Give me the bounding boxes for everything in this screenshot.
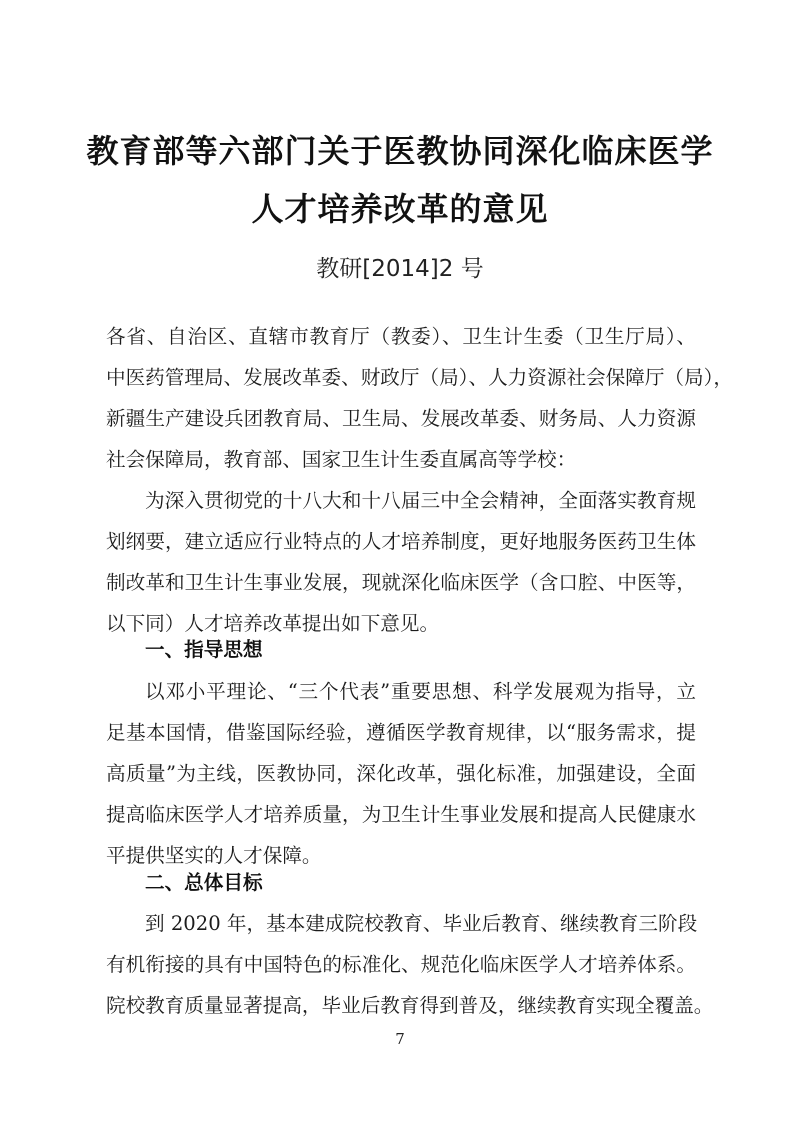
- section-heading-guiding-ideology: 一、指导思想: [145, 636, 263, 664]
- intro-line: 为深入贯彻党的十八大和十八届三中全会精神，全面落实教育规: [145, 487, 696, 515]
- addressee-line: 中医药管理局、发展改革委、财政厅（局）、人力资源社会保障厅（局），: [106, 364, 696, 392]
- section-2-line: 院校教育质量显著提高，毕业后教育得到普及，继续教育实现全覆盖。: [106, 992, 696, 1020]
- document-title-line-1: 教育部等六部门关于医教协同深化临床医学: [0, 126, 800, 172]
- section-1-line: 提高临床医学人才培养质量，为卫生计生事业发展和提高人民健康水: [106, 801, 696, 829]
- section-2-line: 有机衔接的具有中国特色的标准化、规范化临床医学人才培养体系。: [106, 951, 696, 979]
- section-1-line: 高质量”为主线，医教协同，深化改革，强化标准，加强建设，全面: [106, 760, 696, 788]
- intro-line: 制改革和卫生计生事业发展，现就深化临床医学（含口腔、中医等，: [106, 569, 696, 597]
- intro-line: 以下同）人才培养改革提出如下意见。: [106, 610, 696, 638]
- section-heading-overall-goals: 二、总体目标: [145, 869, 263, 897]
- page-number: 7: [0, 1030, 800, 1048]
- section-1-line: 以邓小平理论、“三个代表”重要思想、科学发展观为指导，立: [145, 678, 696, 706]
- section-1-line: 平提供坚实的人才保障。: [106, 842, 696, 870]
- section-1-line: 足基本国情，借鉴国际经验，遵循医学教育规律，以“服务需求，提: [106, 719, 696, 747]
- addressee-line: 新疆生产建设兵团教育局、卫生局、发展改革委、财务局、人力资源: [106, 405, 696, 433]
- section-2-line: 到 2020 年，基本建成院校教育、毕业后教育、继续教育三阶段: [145, 910, 696, 938]
- addressee-line: 各省、自治区、直辖市教育厅（教委）、卫生计生委（卫生厅局）、: [106, 323, 696, 351]
- intro-line: 划纲要，建立适应行业特点的人才培养制度，更好地服务医药卫生体: [106, 528, 696, 556]
- addressee-line: 社会保障局，教育部、国家卫生计生委直属高等学校：: [106, 446, 696, 474]
- document-page: 教育部等六部门关于医教协同深化临床医学 人才培养改革的意见 教研[2014]2 …: [0, 0, 800, 1129]
- document-number: 教研[2014]2 号: [0, 250, 800, 283]
- document-title-line-2: 人才培养改革的意见: [0, 184, 800, 230]
